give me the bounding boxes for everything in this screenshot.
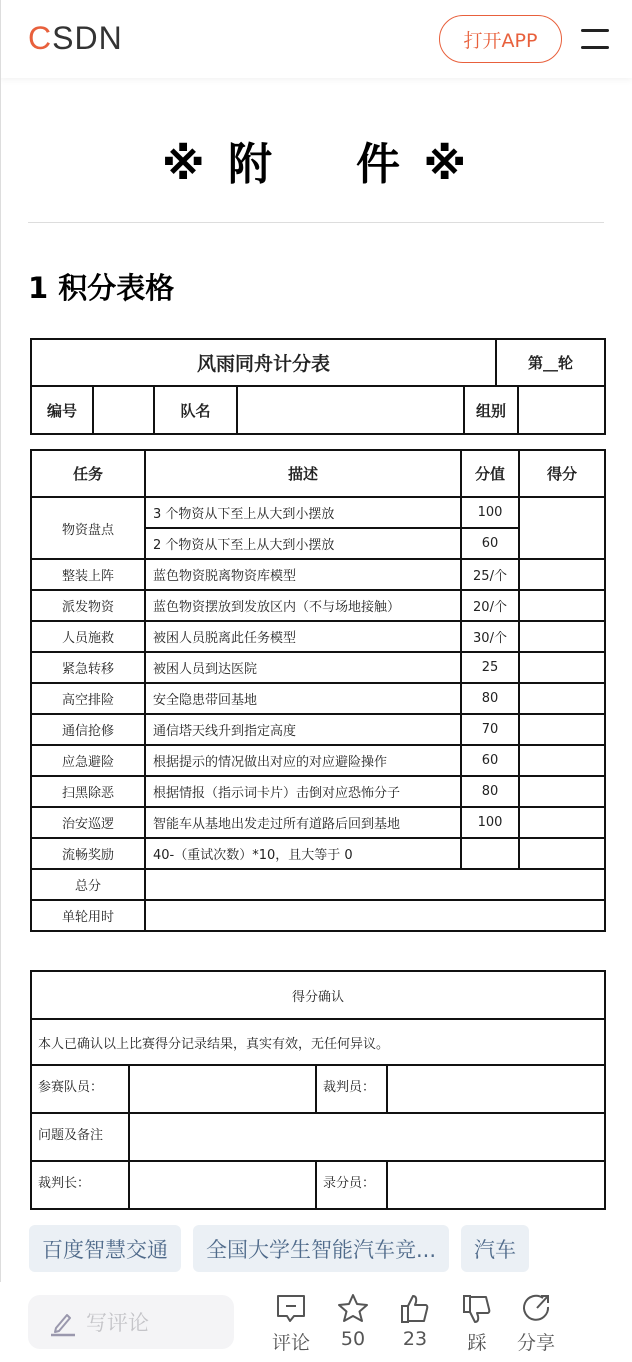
- score-cell: [519, 590, 605, 621]
- comment-label: 评论: [272, 1328, 310, 1355]
- recorder-label: 录分员：: [316, 1161, 387, 1209]
- task-cell: 整装上阵: [31, 559, 145, 590]
- score-cell: [519, 621, 605, 652]
- total-label: 总分: [31, 869, 145, 900]
- attachment-title-right: 件 ※: [356, 139, 470, 190]
- score-cell: [519, 807, 605, 838]
- confirm-statement: 本人已确认以上比赛得分记录结果，真实有效，无任何异议。: [31, 1019, 605, 1065]
- time-value: [145, 900, 605, 931]
- points-cell: 80: [461, 683, 519, 714]
- dislike-button[interactable]: 踩: [452, 1292, 502, 1355]
- desc-cell: 蓝色物资脱离物资库模型: [145, 559, 461, 590]
- divider: [28, 222, 604, 223]
- menu-icon[interactable]: [581, 28, 609, 50]
- table-row: 物资盘点 3 个物资从下至上从大到小摆放 100: [31, 497, 605, 528]
- tag-list: 百度智慧交通 全国大学生智能汽车竞... 汽车: [29, 1225, 529, 1272]
- open-app-button[interactable]: 打开APP: [439, 15, 562, 63]
- time-row: 单轮用时: [31, 900, 605, 931]
- column-header-points: 分值: [461, 450, 519, 497]
- points-cell: 80: [461, 776, 519, 807]
- referee-value: [387, 1065, 605, 1113]
- bottom-action-bar: 写评论 评论 50 23 踩 分享: [0, 1282, 632, 1362]
- share-label: 分享: [517, 1328, 555, 1355]
- points-cell: 20/个: [461, 590, 519, 621]
- points-cell: 25: [461, 652, 519, 683]
- score-cell: [519, 683, 605, 714]
- section-heading: 1 积分表格: [28, 266, 174, 307]
- top-bar: CSDN 打开APP: [0, 0, 632, 78]
- logo-c: C: [28, 20, 52, 56]
- write-comment-input[interactable]: 写评论: [28, 1295, 234, 1349]
- points-cell: [461, 838, 519, 869]
- favorite-count: 50: [341, 1328, 365, 1350]
- table-row: 紧急转移 被困人员到达医院 25: [31, 652, 605, 683]
- star-icon: [336, 1292, 370, 1326]
- points-cell: 25/个: [461, 559, 519, 590]
- task-cell: 应急避险: [31, 745, 145, 776]
- confirm-table: 得分确认 本人已确认以上比赛得分记录结果，真实有效，无任何异议。 参赛队员： 裁…: [30, 970, 606, 1210]
- notes-label: 问题及备注: [31, 1113, 129, 1161]
- field-value-group: [518, 386, 605, 434]
- column-header-task: 任务: [31, 450, 145, 497]
- field-label-group: 组别: [464, 386, 518, 434]
- chief-referee-value: [129, 1161, 316, 1209]
- task-cell: 紧急转移: [31, 652, 145, 683]
- task-cell: 治安巡逻: [31, 807, 145, 838]
- desc-cell: 被困人员到达医院: [145, 652, 461, 683]
- score-cell: [519, 776, 605, 807]
- comment-icon: [274, 1292, 308, 1326]
- csdn-logo[interactable]: CSDN: [28, 20, 123, 57]
- score-cell: [519, 745, 605, 776]
- score-cell: [519, 714, 605, 745]
- column-header-desc: 描述: [145, 450, 461, 497]
- score-header-table: 风雨同舟计分表 第__轮 编号 队名 组别: [30, 338, 606, 435]
- task-cell: 通信抢修: [31, 714, 145, 745]
- tag-smart-car-competition[interactable]: 全国大学生智能汽车竞...: [193, 1225, 449, 1272]
- table-row: 应急避险 根据提示的情况做出对应的对应避险操作 60: [31, 745, 605, 776]
- chief-referee-label: 裁判长：: [31, 1161, 129, 1209]
- tag-baidu-traffic[interactable]: 百度智慧交通: [29, 1225, 181, 1272]
- total-row: 总分: [31, 869, 605, 900]
- column-header-score: 得分: [519, 450, 605, 497]
- tag-car[interactable]: 汽车: [461, 1225, 529, 1272]
- table-row: 人员施救 被困人员脱离此任务模型 30/个: [31, 621, 605, 652]
- points-cell: 30/个: [461, 621, 519, 652]
- score-cell: [519, 838, 605, 869]
- task-cell: 派发物资: [31, 590, 145, 621]
- attachment-title-left: ※ 附: [162, 139, 276, 190]
- score-cell: [519, 497, 605, 559]
- favorite-button[interactable]: 50: [328, 1292, 378, 1350]
- field-value-number: [93, 386, 154, 434]
- table-row: 高空排险 安全隐患带回基地 80: [31, 683, 605, 714]
- desc-cell: 根据情报（指示词卡片）击倒对应恐怖分子: [145, 776, 461, 807]
- table-row: 扫黑除恶 根据情报（指示词卡片）击倒对应恐怖分子 80: [31, 776, 605, 807]
- like-count: 23: [403, 1328, 427, 1350]
- score-sheet-title: 风雨同舟计分表: [31, 339, 496, 386]
- attachment-title: ※ 附件 ※: [0, 128, 632, 192]
- desc-cell: 蓝色物资摆放到发放区内（不与场地接触）: [145, 590, 461, 621]
- like-button[interactable]: 23: [390, 1292, 440, 1350]
- points-cell: 60: [461, 528, 519, 559]
- dislike-label: 踩: [467, 1328, 486, 1355]
- confirm-title: 得分确认: [31, 971, 605, 1019]
- field-value-team: [237, 386, 464, 434]
- thumbs-down-icon: [460, 1292, 494, 1326]
- desc-cell: 智能车从基地出发走过所有道路后回到基地: [145, 807, 461, 838]
- desc-cell: 40-（重试次数）*10，且大等于 0: [145, 838, 461, 869]
- pencil-icon: [48, 1307, 78, 1337]
- task-cell: 人员施救: [31, 621, 145, 652]
- page-border: [0, 78, 1, 1298]
- total-value: [145, 869, 605, 900]
- points-cell: 100: [461, 807, 519, 838]
- table-row: 治安巡逻 智能车从基地出发走过所有道路后回到基地 100: [31, 807, 605, 838]
- task-cell: 高空排险: [31, 683, 145, 714]
- field-label-team: 队名: [154, 386, 237, 434]
- table-row: 整装上阵 蓝色物资脱离物资库模型 25/个: [31, 559, 605, 590]
- score-table: 任务 描述 分值 得分 物资盘点 3 个物资从下至上从大到小摆放 100 2 个…: [30, 449, 606, 932]
- player-label: 参赛队员：: [31, 1065, 129, 1113]
- desc-cell: 被困人员脱离此任务模型: [145, 621, 461, 652]
- recorder-value: [387, 1161, 605, 1209]
- points-cell: 70: [461, 714, 519, 745]
- points-cell: 100: [461, 497, 519, 528]
- table-row: 派发物资 蓝色物资摆放到发放区内（不与场地接触） 20/个: [31, 590, 605, 621]
- desc-cell: 3 个物资从下至上从大到小摆放: [145, 497, 461, 528]
- table-row: 流畅奖励 40-（重试次数）*10，且大等于 0: [31, 838, 605, 869]
- score-cell: [519, 559, 605, 590]
- score-cell: [519, 652, 605, 683]
- comment-button[interactable]: 评论: [266, 1292, 316, 1355]
- desc-cell: 安全隐患带回基地: [145, 683, 461, 714]
- comment-placeholder: 写评论: [86, 1307, 149, 1337]
- player-value: [129, 1065, 316, 1113]
- desc-cell: 根据提示的情况做出对应的对应避险操作: [145, 745, 461, 776]
- referee-label: 裁判员：: [316, 1065, 387, 1113]
- desc-cell: 2 个物资从下至上从大到小摆放: [145, 528, 461, 559]
- desc-cell: 通信塔天线升到指定高度: [145, 714, 461, 745]
- task-cell: 扫黑除恶: [31, 776, 145, 807]
- points-cell: 60: [461, 745, 519, 776]
- time-label: 单轮用时: [31, 900, 145, 931]
- task-cell: 物资盘点: [31, 497, 145, 559]
- table-row: 通信抢修 通信塔天线升到指定高度 70: [31, 714, 605, 745]
- logo-text: SDN: [52, 20, 123, 56]
- thumbs-up-icon: [398, 1292, 432, 1326]
- share-button[interactable]: 分享: [511, 1292, 561, 1355]
- round-label: 第__轮: [496, 339, 605, 386]
- notes-value: [129, 1113, 605, 1161]
- task-cell: 流畅奖励: [31, 838, 145, 869]
- share-icon: [519, 1292, 553, 1326]
- field-label-number: 编号: [31, 386, 93, 434]
